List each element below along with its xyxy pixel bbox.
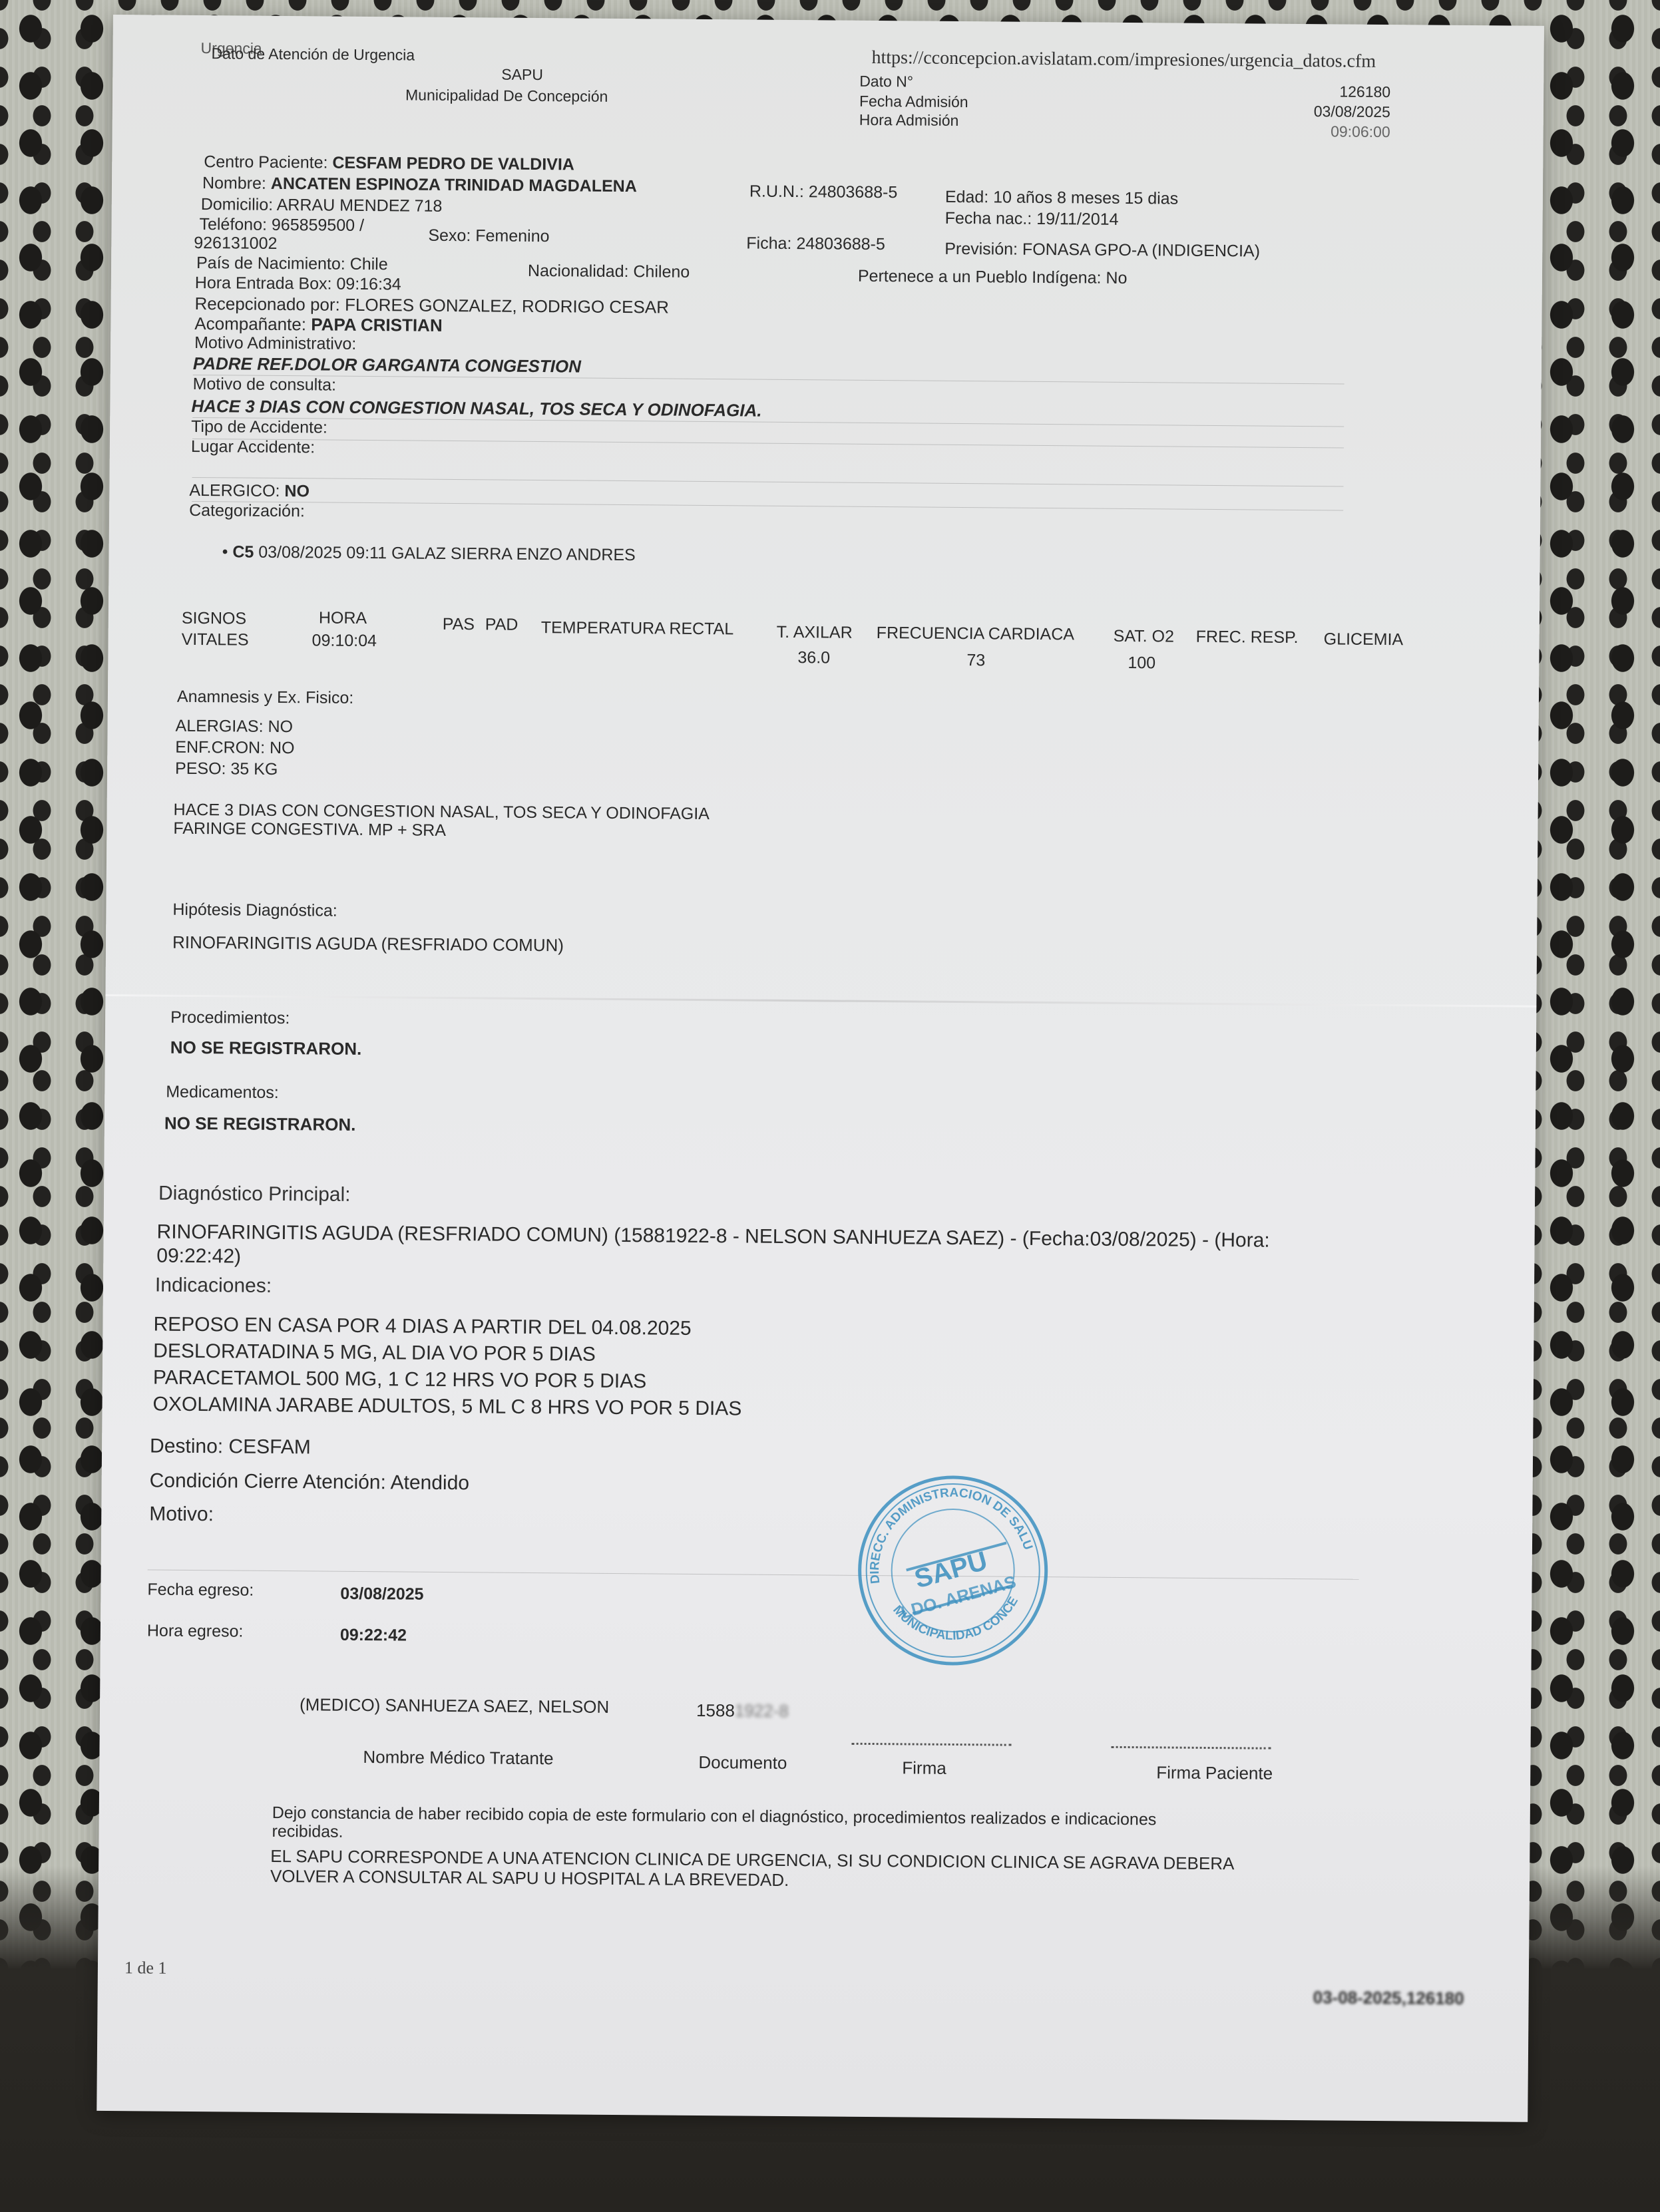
org-municipality: Municipalidad De Concepción (405, 86, 608, 105)
fecha-admision-label: Fecha Admisión (859, 92, 968, 111)
tipo-accidente-label: Tipo de Accidente: (191, 417, 327, 438)
indicacion-item: DESLORATADINA 5 MG, AL DIA VO POR 5 DIAS (153, 1338, 742, 1370)
nombre-medico-label: Nombre Médico Tratante (363, 1747, 553, 1769)
recepcionado-label: Recepcionado por: (194, 293, 339, 315)
centro-label: Centro Paciente: (204, 152, 327, 172)
vitals-col-pad: PAD (485, 615, 519, 634)
divider (192, 501, 1343, 511)
categorizacion-label: Categorización: (189, 501, 305, 521)
indicaciones-label: Indicaciones: (155, 1274, 272, 1298)
vitals-label-line1: SIGNOS (182, 608, 249, 630)
vitals-col-temp-rectal: TEMPERATURA RECTAL (541, 618, 734, 639)
medicamentos-value: NO SE REGISTRARON. (164, 1113, 356, 1135)
divider (192, 439, 1344, 449)
anamnesis-alergias: ALERGIAS: NO (175, 715, 294, 737)
acompanante-label: Acompañante: (194, 313, 306, 334)
vitals-value-hora: 09:10:04 (312, 631, 377, 651)
diagnostico-line2: 09:22:42) (156, 1245, 241, 1268)
firma-line (852, 1743, 1012, 1746)
hipotesis-value: RINOFARINGITIS AGUDA (RESFRIADO COMUN) (172, 932, 564, 956)
nombre-value: ANCATEN ESPINOZA TRINIDAD MAGDALENA (271, 174, 637, 196)
telefono-value-1: 965859500 / (272, 216, 364, 235)
vitals-col-hora: HORA (319, 608, 367, 628)
page-number: 1 de 1 (124, 1958, 167, 1978)
vitals-value-frec-cardiaca: 73 (966, 651, 985, 670)
run-label: R.U.N.: (749, 182, 804, 202)
bullet-icon: • (222, 542, 228, 561)
nombre-label: Nombre: (202, 174, 266, 193)
divider (192, 417, 1344, 427)
source-url: https://cconcepcion.avislatam.com/impres… (871, 47, 1376, 73)
fecha-egreso-value: 03/08/2025 (340, 1584, 423, 1604)
pueblo-value: No (1106, 269, 1127, 287)
footer-code: 03-08-2025,126180 (1313, 1987, 1464, 2009)
indicacion-item: PARACETAMOL 500 MG, 1 C 12 HRS VO POR 5 … (153, 1365, 742, 1396)
medico-value: (MEDICO) SANHUEZA SAEZ, NELSON (300, 1694, 609, 1718)
anamnesis-lines: ALERGIAS: NO ENF.CRON: NO PESO: 35 KG (175, 715, 295, 780)
destino-label: Destino: (150, 1435, 223, 1457)
edad-label: Edad: (945, 188, 989, 207)
alergico-value: NO (284, 482, 310, 500)
fecha-egreso-label: Fecha egreso: (147, 1580, 254, 1600)
motivo-consulta-label: Motivo de consulta: (193, 375, 337, 395)
vitals-value-t-axilar: 36.0 (797, 648, 830, 667)
telefono-label: Teléfono: (199, 215, 267, 234)
org-name: SAPU (501, 66, 543, 84)
anamnesis-enf-cron: ENF.CRON: NO (175, 737, 294, 759)
fecha-nac-value: 19/11/2014 (1036, 210, 1118, 229)
sexo-label: Sexo: (428, 226, 471, 246)
fecha-admision-value: 03/08/2025 (1271, 102, 1390, 121)
pueblo-label: Pertenece a un Pueblo Indígena: (858, 267, 1102, 287)
indicaciones-list: REPOSO EN CASA POR 4 DIAS A PARTIR DEL 0… (152, 1312, 742, 1423)
telefono-value-2: 926131002 (194, 234, 277, 254)
diagnostico-line1: RINOFARINGITIS AGUDA (RESFRIADO COMUN) (… (156, 1221, 1269, 1252)
hora-box-label: Hora Entrada Box: (195, 274, 332, 293)
motivo-admin-value: PADRE REF.DOLOR GARGANTA CONGESTION (193, 353, 581, 377)
indicacion-item: REPOSO EN CASA POR 4 DIAS A PARTIR DEL 0… (153, 1312, 742, 1343)
dato-label: Dato N° (859, 73, 913, 91)
hora-admision-label: Hora Admisión (859, 111, 959, 130)
hora-egreso-label: Hora egreso: (147, 1621, 244, 1641)
vitals-label: SIGNOS VITALES (182, 608, 249, 651)
nacionalidad-value: Chileno (633, 262, 690, 281)
motivo-cierre-label: Motivo: (149, 1503, 214, 1526)
vitals-col-glicemia: GLICEMIA (1324, 630, 1404, 649)
constancia-text: Dejo constancia de haber recibido copia … (272, 1803, 1156, 1847)
prevision-label: Previsión: (944, 240, 1018, 259)
firma-paciente-line (1112, 1746, 1271, 1750)
domicilio-value: ARRAU MENDEZ 718 (277, 196, 443, 216)
prevision-value: FONASA GPO-A (INDIGENCIA) (1022, 240, 1260, 261)
recepcionado-value: FLORES GONZALEZ, RODRIGO CESAR (345, 295, 669, 317)
stamp-seal-icon: DIRECC. ADMINISTRACION DE SALUD MUNICIPA… (853, 1470, 1054, 1671)
medicamentos-label: Medicamentos: (166, 1083, 279, 1103)
nacionalidad-label: Nacionalidad: (528, 262, 629, 281)
documento-number: 1588 (696, 1700, 735, 1720)
edad-value: 10 años 8 meses 15 dias (993, 188, 1178, 208)
fecha-nac-label: Fecha nac.: (945, 209, 1032, 228)
condicion-label: Condición Cierre Atención: (150, 1469, 386, 1493)
vitals-col-frec-resp: FREC. RESP. (1196, 628, 1299, 647)
firma-paciente-label: Firma Paciente (1156, 1762, 1273, 1783)
anamnesis-label: Anamnesis y Ex. Fisico: (177, 687, 354, 708)
lugar-accidente-label: Lugar Accidente: (191, 437, 315, 457)
vitals-value-sat-o2: 100 (1128, 653, 1155, 673)
motivo-admin-label: Motivo Administrativo: (194, 333, 356, 354)
aviso-text: EL SAPU CORRESPONDE A UNA ATENCION CLINI… (270, 1846, 1235, 1893)
vitals-col-frec-cardiaca: FRECUENCIA CARDIACA (877, 624, 1074, 644)
ficha-value: 24803688-5 (796, 234, 885, 254)
divider (193, 375, 1345, 385)
hora-egreso-value: 09:22:42 (340, 1626, 407, 1646)
destino-value: CESFAM (228, 1435, 311, 1458)
condicion-value: Atendido (390, 1471, 469, 1494)
documento-label-text: Documento (698, 1752, 787, 1773)
procedimientos-value: NO SE REGISTRARON. (170, 1037, 362, 1059)
hipotesis-label: Hipótesis Diagnóstica: (172, 900, 337, 921)
vitals-label-line2: VITALES (182, 629, 249, 651)
divider (192, 477, 1344, 487)
divider (148, 1569, 1359, 1579)
sapu-stamp: DIRECC. ADMINISTRACION DE SALUD MUNICIPA… (853, 1470, 1054, 1671)
run-value: 24803688-5 (809, 182, 898, 202)
vitals-col-t-axilar: T. AXILAR (777, 623, 853, 643)
redacted-digits: 1922-8 (735, 1700, 789, 1721)
paper-fold (105, 994, 1536, 1008)
ficha-label: Ficha: (746, 234, 791, 253)
hora-admision-value: 09:06:00 (1271, 122, 1390, 141)
pais-label: País de Nacimiento: (196, 254, 345, 274)
acompanante-value: PAPA CRISTIAN (311, 314, 443, 335)
sexo-value: Femenino (475, 226, 549, 246)
vitals-col-sat-o2: SAT. O2 (1114, 627, 1174, 647)
vitals-col-pas: PAS (443, 615, 475, 634)
documento-label: Documento (698, 1752, 787, 1773)
firma-label: Firma (902, 1757, 946, 1779)
categorizacion-detail: 03/08/2025 09:11 GALAZ SIERRA ENZO ANDRE… (258, 543, 636, 564)
anamnesis-notes: HACE 3 DIAS CON CONGESTION NASAL, TOS SE… (173, 801, 710, 842)
anamnesis-peso: PESO: 35 KG (175, 758, 294, 780)
categorizacion-code: C5 (232, 542, 254, 561)
procedimientos-label: Procedimientos: (170, 1008, 290, 1028)
pais-value: Chile (350, 255, 388, 274)
hora-box-value: 09:16:34 (336, 275, 401, 294)
indicacion-item: OXOLAMINA JARABE ADULTOS, 5 ML C 8 HRS V… (152, 1391, 741, 1423)
diagnostico-label: Diagnóstico Principal: (158, 1183, 351, 1206)
domicilio-label: Domicilio: (201, 195, 274, 214)
centro-value: CESFAM PEDRO DE VALDIVIA (332, 154, 574, 174)
alergico-label: ALERGICO: (189, 481, 280, 500)
documento-value: 15881922-8 (696, 1700, 789, 1722)
dato-value: 126180 (1271, 83, 1390, 101)
printed-document: Urgencia Dato de Atención de Urgencia SA… (97, 15, 1544, 2122)
document-title: Dato de Atención de Urgencia (211, 45, 415, 64)
